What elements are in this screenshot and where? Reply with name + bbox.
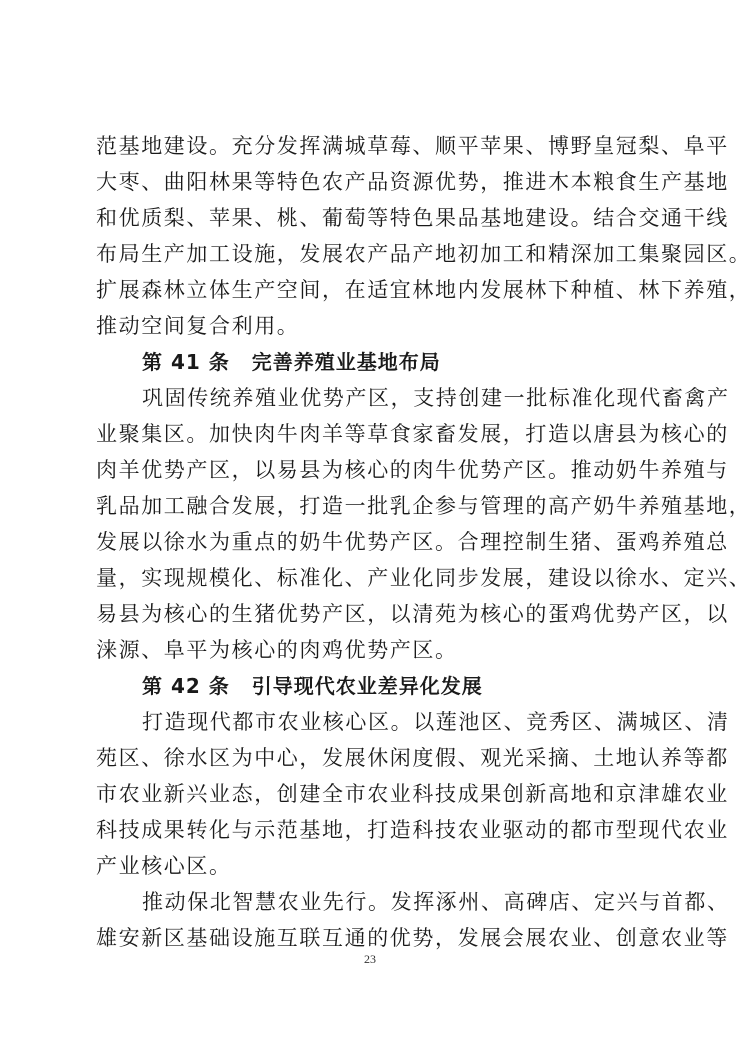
article-41-heading: 第 41 条完善养殖业基地布局: [96, 344, 648, 380]
text-line: 易县为核心的生猪优势产区，以清苑为核心的蛋鸡优势产区，以: [96, 596, 648, 632]
text-line: 科技成果转化与示范基地，打造科技农业驱动的都市型现代农业: [96, 812, 648, 848]
article-title: 完善养殖业基地布局: [252, 350, 441, 374]
text-line: 雄安新区基础设施互联互通的优势，发展会展农业、创意农业等: [96, 920, 648, 956]
paragraph-smart-agriculture: 推动保北智慧农业先行。发挥涿州、高碑店、定兴与首都、 雄安新区基础设施互联互通的…: [96, 884, 648, 956]
text-line: 和优质梨、苹果、桃、葡萄等特色果品基地建设。结合交通干线: [96, 200, 648, 236]
article-42-heading: 第 42 条引导现代农业差异化发展: [96, 668, 648, 704]
paragraph-livestock-layout: 巩固传统养殖业优势产区，支持创建一批标准化现代畜禽产 业聚集区。加快肉牛肉羊等草…: [96, 380, 648, 668]
text-line: 打造现代都市农业核心区。以莲池区、竞秀区、满城区、清: [96, 704, 648, 740]
text-line: 量，实现规模化、标准化、产业化同步发展，建设以徐水、定兴、: [96, 560, 648, 596]
page-number: 23: [0, 952, 740, 967]
text-line: 巩固传统养殖业优势产区，支持创建一批标准化现代畜禽产: [96, 380, 648, 416]
text-line: 产业核心区。: [96, 848, 648, 884]
paragraph-urban-agriculture: 打造现代都市农业核心区。以莲池区、竞秀区、满城区、清 苑区、徐水区为中心，发展休…: [96, 704, 648, 884]
page-body: 范基地建设。充分发挥满城草莓、顺平苹果、博野皇冠梨、阜平 大枣、曲阳林果等特色农…: [96, 128, 648, 956]
text-line: 发展以徐水为重点的奶牛优势产区。合理控制生猪、蛋鸡养殖总: [96, 524, 648, 560]
text-line: 涞源、阜平为核心的肉鸡优势产区。: [96, 632, 648, 668]
text-line: 肉羊优势产区，以易县为核心的肉牛优势产区。推动奶牛养殖与: [96, 452, 648, 488]
article-title: 引导现代农业差异化发展: [252, 674, 483, 698]
text-line: 业聚集区。加快肉牛肉羊等草食家畜发展，打造以唐县为核心的: [96, 416, 648, 452]
text-line: 推动空间复合利用。: [96, 308, 648, 344]
paragraph-fruit-bases: 范基地建设。充分发挥满城草莓、顺平苹果、博野皇冠梨、阜平 大枣、曲阳林果等特色农…: [96, 128, 648, 344]
text-line: 市农业新兴业态，创建全市农业科技成果创新高地和京津雄农业: [96, 776, 648, 812]
text-line: 苑区、徐水区为中心，发展休闲度假、观光采摘、土地认养等都: [96, 740, 648, 776]
text-line: 布局生产加工设施，发展农产品产地初加工和精深加工集聚园区。: [96, 236, 648, 272]
document-page: 范基地建设。充分发挥满城草莓、顺平苹果、博野皇冠梨、阜平 大枣、曲阳林果等特色农…: [0, 0, 740, 1047]
article-number: 第 41 条: [142, 350, 230, 374]
article-number: 第 42 条: [142, 674, 230, 698]
text-line: 乳品加工融合发展，打造一批乳企参与管理的高产奶牛养殖基地，: [96, 488, 648, 524]
text-line: 范基地建设。充分发挥满城草莓、顺平苹果、博野皇冠梨、阜平: [96, 128, 648, 164]
text-line: 扩展森林立体生产空间，在适宜林地内发展林下种植、林下养殖，: [96, 272, 648, 308]
text-line: 推动保北智慧农业先行。发挥涿州、高碑店、定兴与首都、: [96, 884, 648, 920]
text-line: 大枣、曲阳林果等特色农产品资源优势，推进木本粮食生产基地: [96, 164, 648, 200]
